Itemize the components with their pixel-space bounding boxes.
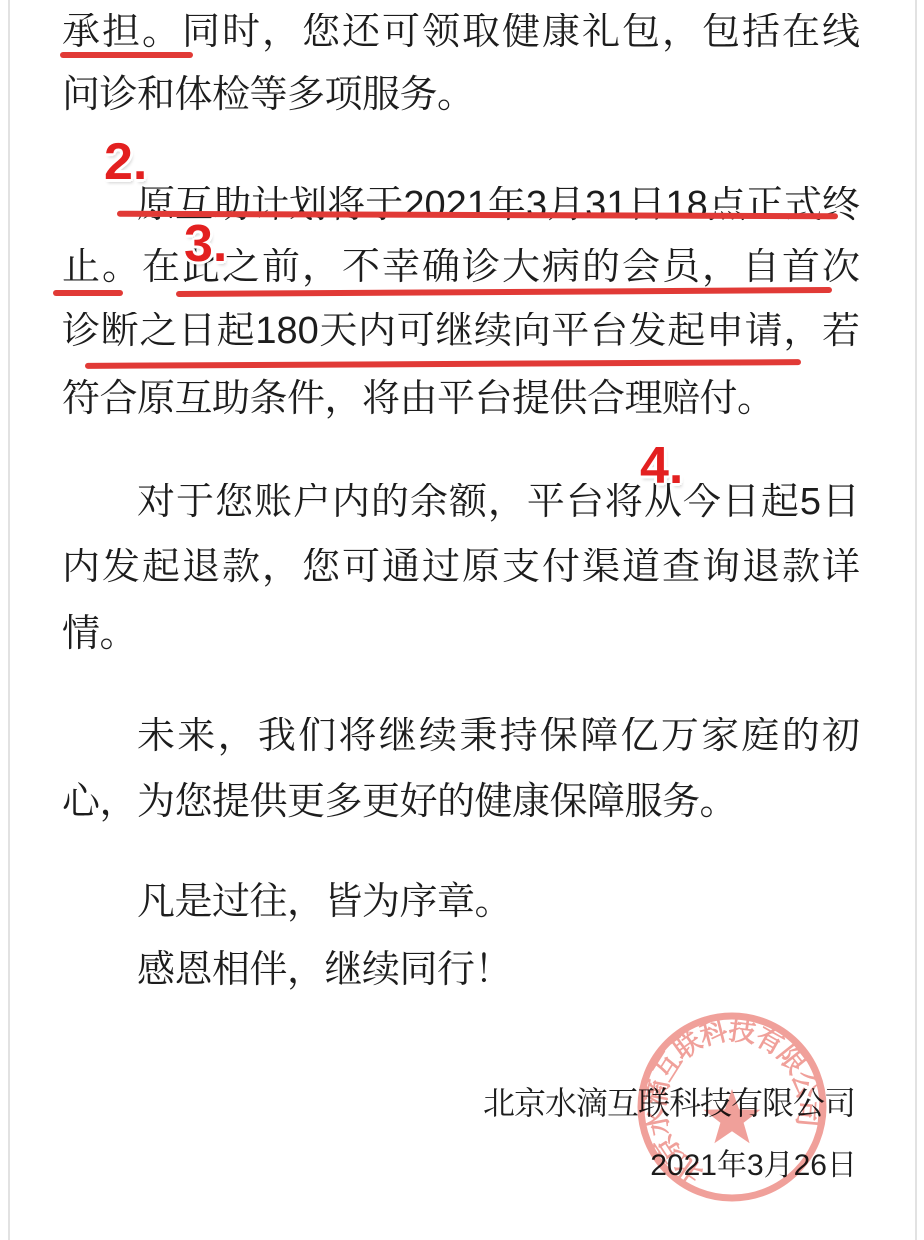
seal-star [704, 1089, 761, 1143]
body-line: 情。 [62, 615, 137, 653]
svg-text:科: 科 [697, 1015, 730, 1051]
red-underline [85, 359, 801, 369]
body-line: 承担。同时，您还可领取健康礼包，包括在线 [62, 13, 860, 55]
body-line: 心，为您提供更多更好的健康保障服务。 [62, 783, 737, 821]
annotation-number-3: 3. [184, 218, 227, 270]
body-line: 止。在此之前，不幸确诊大病的会员，自首次 [62, 248, 860, 290]
red-underline [60, 52, 193, 58]
body-line: 凡是过往，皆为序章。 [137, 883, 512, 921]
svg-text:司: 司 [792, 1099, 824, 1129]
body-line: 未来，我们将继续秉持保障亿万家庭的初 [137, 717, 860, 759]
body-line: 原互助计划将于2021年3月31日18点正式终 [137, 186, 860, 228]
red-underline [53, 290, 123, 296]
body-line: 问诊和体检等多项服务。 [62, 76, 475, 114]
annotation-number-4: 4. [640, 440, 683, 492]
company-seal: 北京水滴互联科技有限公司 [622, 997, 842, 1217]
annotation-number-2: 2. [104, 136, 147, 188]
body-line: 诊断之日起180天内可继续向平台发起申请，若 [62, 312, 860, 354]
body-line: 感恩相伴，继续同行！ [137, 951, 512, 989]
body-line: 对于您账户内的余额，平台将从今日起5日 [137, 483, 860, 525]
announcement-document: 承担。同时，您还可领取健康礼包，包括在线 问诊和体检等多项服务。 原互助计划将于… [0, 0, 924, 1240]
body-line: 符合原互助条件，将由平台提供合理赔付。 [62, 380, 775, 418]
body-line: 内发起退款，您可通过原支付渠道查询退款详 [62, 548, 860, 590]
svg-text:水: 水 [640, 1106, 675, 1138]
